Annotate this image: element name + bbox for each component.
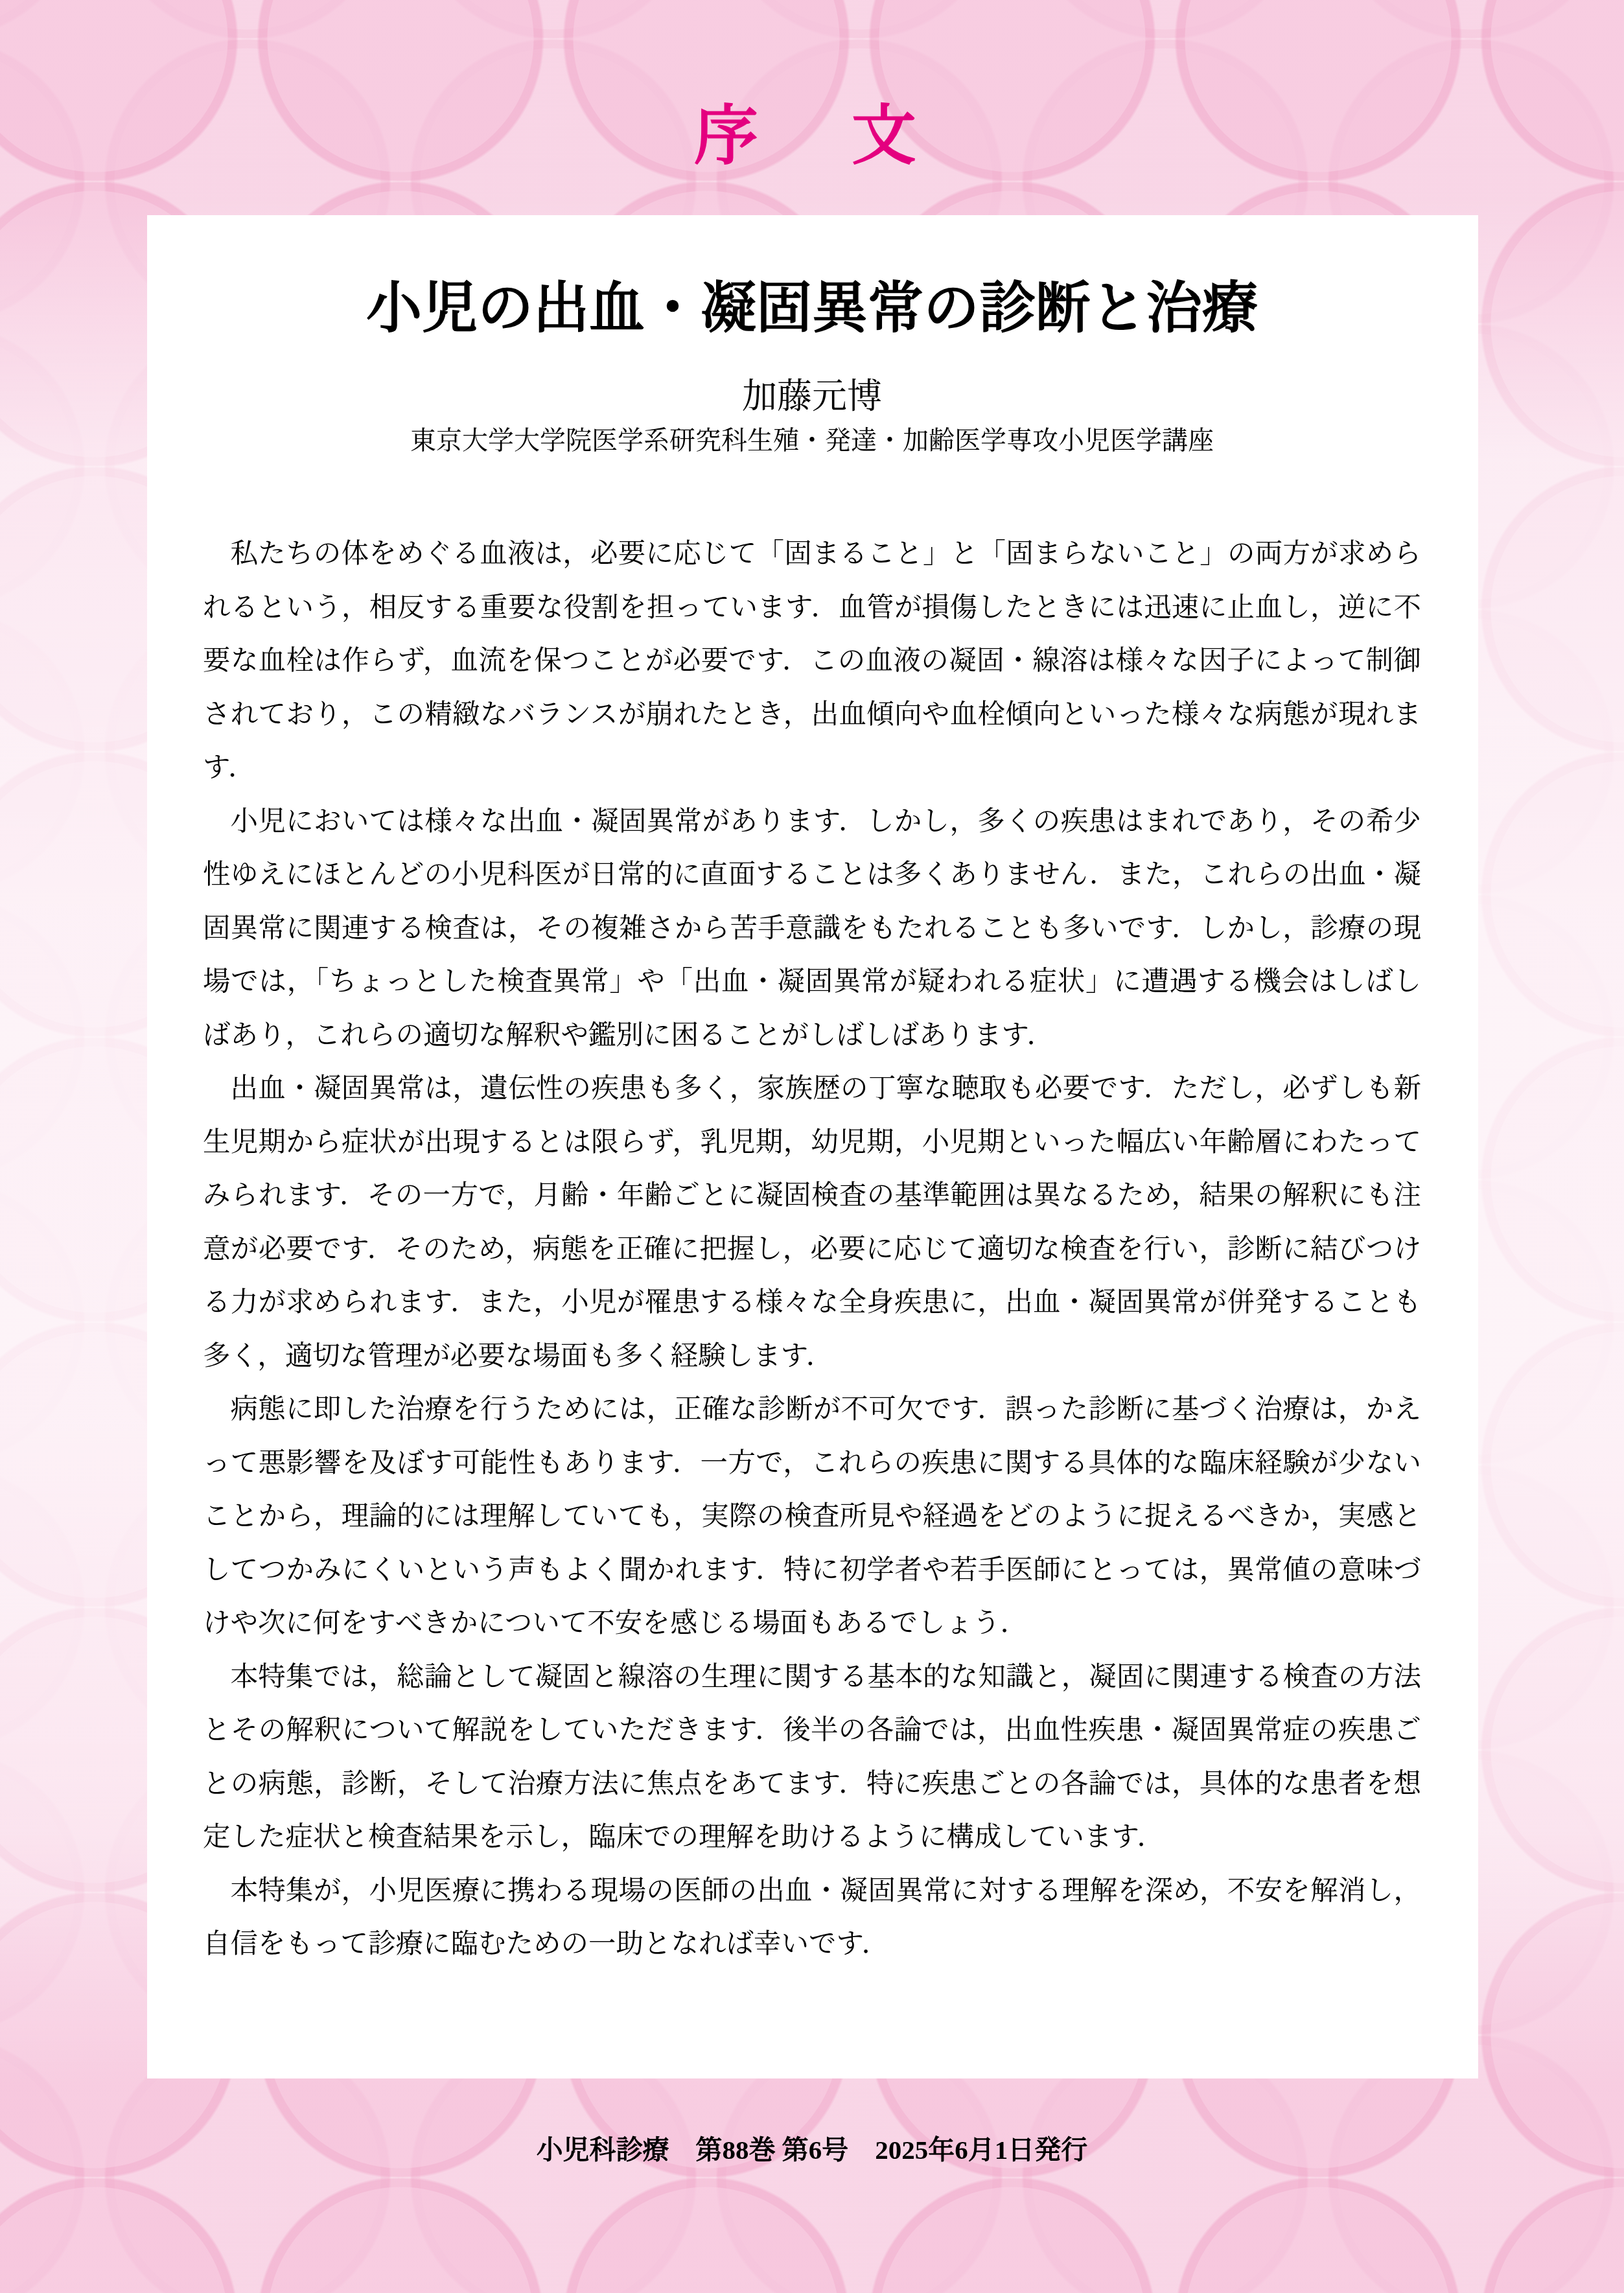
page-title: 序 文 bbox=[0, 104, 1624, 169]
article-author: 加藤元博 bbox=[203, 378, 1421, 415]
paragraph: 本特集が，小児医療に携わる現場の医師の出血・凝固異常に対する理解を深め，不安を解… bbox=[203, 1865, 1421, 1972]
paragraph: 出血・凝固異常は，遺伝性の疾患も多く，家族歴の丁寧な聴取も必要です．ただし，必ず… bbox=[203, 1062, 1421, 1383]
content-box: 小児の出血・凝固異常の診断と治療 加藤元博 東京大学大学院医学系研究科生殖・発達… bbox=[147, 215, 1478, 2078]
article-body: 私たちの体をめぐる血液は，必要に応じて「固まること」と「固まらないこと」の両方が… bbox=[203, 528, 1421, 1972]
article-title: 小児の出血・凝固異常の診断と治療 bbox=[203, 280, 1421, 337]
paragraph: 私たちの体をめぐる血液は，必要に応じて「固まること」と「固まらないこと」の両方が… bbox=[203, 528, 1421, 795]
article-affiliation: 東京大学大学院医学系研究科生殖・発達・加齢医学専攻小児医学講座 bbox=[203, 426, 1421, 455]
paragraph: 病態に即した治療を行うためには，正確な診断が不可欠です．誤った診断に基づく治療は… bbox=[203, 1383, 1421, 1651]
paragraph: 小児においては様々な出血・凝固異常があります．しかし，多くの疾患はまれであり，そ… bbox=[203, 795, 1421, 1063]
paragraph: 本特集では，総論として凝固と線溶の生理に関する基本的な知識と，凝固に関連する検査… bbox=[203, 1651, 1421, 1865]
journal-footer: 小児科診療 第88巻 第6号 2025年6月1日発行 bbox=[0, 2134, 1624, 2166]
